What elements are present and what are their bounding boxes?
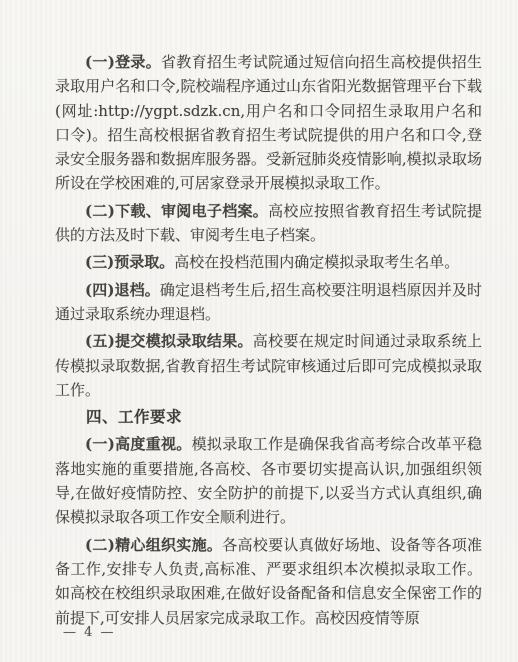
paragraph-2-download-review: (二)下载、审阅电子档案。高校应按照省教育招生考试院提供的方法及时下载、审阅考生… [55,199,482,248]
page-number: — 4 — [63,625,116,640]
paragraph-4-lead: (四)退档。 [85,281,160,299]
paragraph-5-submit-results: (五)提交模拟录取结果。高校要在规定时间通过录取系统上传模拟录取数据,省教育招生… [55,329,482,402]
paragraph-5-lead: (五)提交模拟录取结果。 [85,332,253,350]
paragraph-s4-2-organization: (二)精心组织实施。各高校要认真做好场地、设备等各项准备工作,安排专人负责,高标… [55,533,482,630]
paragraph-s4-2-lead: (二)精心组织实施。 [85,536,222,554]
document-body: (一)登录。省教育招生考试院通过短信向招生高校提供招生录取用户名和口令,院校端程… [55,50,482,633]
paragraph-3-preadmission: (三)预录取。高校在投档范围内确定模拟录取考生名单。 [55,250,482,274]
paragraph-s4-1-attention: (一)高度重视。模拟录取工作是确保我省高考综合改革平稳落地实施的重要措施,各高校… [55,432,482,529]
paragraph-3-text: 高校在投档范围内确定模拟录取考生名单。 [174,253,459,271]
paragraph-2-lead: (二)下载、审阅电子档案。 [85,202,268,220]
paragraph-1-login: (一)登录。省教育招生考试院通过短信向招生高校提供招生录取用户名和口令,院校端程… [55,50,482,196]
paragraph-s4-1-lead: (一)高度重视。 [85,435,192,453]
paragraph-3-lead: (三)预录取。 [85,253,174,271]
paragraph-4-withdrawal: (四)退档。确定退档考生后,招生高校要注明退档原因并及时通过录取系统办理退档。 [55,278,482,327]
paragraph-1-text: 省教育招生考试院通过短信向招生高校提供招生录取用户名和口令,院校端程序通过山东省… [55,53,482,192]
section-heading-work-requirements: 四、工作要求 [55,405,482,429]
paragraph-1-lead: (一)登录。 [85,53,161,71]
scanned-document-page: (一)登录。省教育招生考试院通过短信向招生高校提供招生录取用户名和口令,院校端程… [0,0,518,662]
